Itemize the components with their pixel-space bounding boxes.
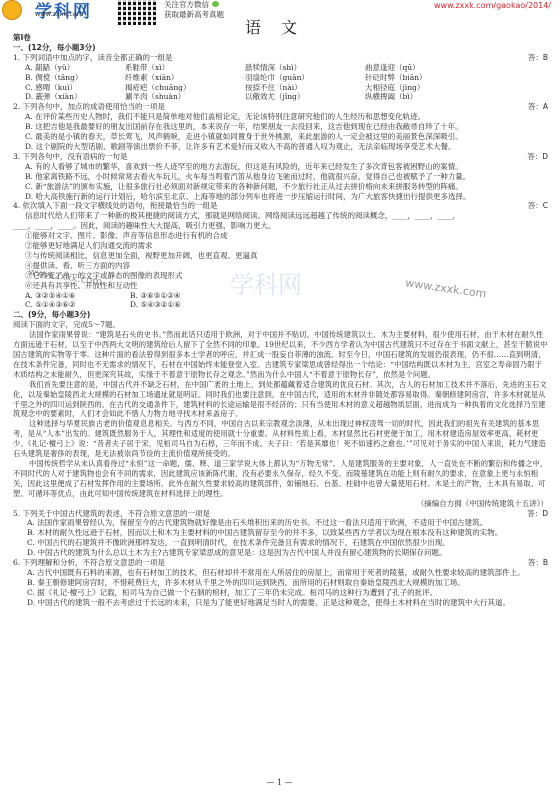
q6-option-b: B. 秦王朝修建阿房宫时，不惜耗费巨大，许多木材从千里之外的四川运到陕西，而所用… — [13, 578, 548, 588]
q2-option-c: C. 最美的是小镇的春天，草长莺飞，风声鹤唳，走进小镇就如同置身于世外桃源，来此… — [13, 132, 548, 142]
q4-choice-c: C. ⑤①④③⑥② — [25, 300, 130, 310]
q1-answer: 答：B — [528, 53, 548, 63]
q4-choice-b: B. ③⑥⑤①②④ — [130, 291, 181, 301]
q4-item: ②能够更好地满足人们沟通交流的需求 — [13, 241, 548, 251]
q1-option-c: C. 感喟（kuì） 揭疮疤（chuāng） 按捺不住（nài） 大相径庭（jì… — [13, 83, 548, 93]
option-text: 大相径庭（jìng） — [365, 83, 424, 93]
question-1: 1. 下列词语中加点的字，读音全都正确的一组是 答：B — [13, 53, 548, 63]
mascot-icon — [2, 0, 22, 20]
page-header: 学科网 www.zxxk.com 关注官方微信 获取最新高考真题 www.zxx… — [0, 0, 559, 30]
q1-stem: 1. 下列词语中加点的字，读音全都正确的一组是 — [13, 53, 173, 62]
q2-option-d: D. 这个剧院的大型话剧、歌剧等演出票价不菲，让许多有艺术爱好而又收入不高的普通… — [13, 142, 548, 152]
passage-source: （摘编自方拥《中国传统建筑十五讲》） — [13, 499, 548, 509]
passage-paragraph: 我们首先要注意的是，中国古代并不缺乏石材，在中国广袤的土地上，到处都蕴藏着适合建… — [13, 380, 548, 420]
q2-option-a: A. 在评价某些历史人物时，我们不能只是简单地对他们盖棺论定，无论该特别注意研究… — [13, 112, 548, 122]
option-text: 涮羊肉（shuàn） — [125, 92, 245, 102]
q5-option-c: C. 中国古代的石建筑并不像欧洲那样发达，一直到明清时代，在技术条件完备且有需求… — [13, 538, 548, 548]
logo-url: www.zxxk.com — [35, 10, 83, 18]
passage-paragraph: 中国传统哲学从未认真看待过“永恒”这一命题，儒、释、道三家学说大体上都认为“万物… — [13, 459, 548, 499]
q1-option-a: A. 龃龉（yǔ） 系鞋带（xì） 舐犊情深（shì） 曲意逢迎（qū） — [13, 63, 548, 73]
option-text: 揭疮疤（chuāng） — [125, 83, 245, 93]
q6-option-d: D. 中国古代的建筑一般不去考虑过于长远的未来，只是为了能更好地满足当时人的需要… — [13, 598, 548, 608]
q3-option-a: A. 有的人看够了城市的繁华，喜欢到一些人迹罕至的地方去游玩，但这是有风险的，近… — [13, 162, 548, 172]
q2-answer: 答：A — [528, 102, 548, 112]
q3-stem: 3. 下列各句中，没有语病的一句是 — [13, 152, 128, 161]
q6-answer: 答：B — [528, 558, 548, 568]
question-6: 6. 下列理解和分析，不符合原文意思的一项是 答：B — [13, 558, 548, 568]
q5-answer: 答：D — [527, 509, 548, 519]
q4-choices-row2: C. ⑤①④③⑥② D. ⑤④③②①⑥ — [13, 300, 548, 310]
qr-code-icon — [118, 0, 158, 25]
option-text: 以儆效尤（jǐng） — [245, 92, 365, 102]
q4-choice-a: A. ③②⑤④①⑥ — [25, 291, 130, 301]
q4-passage-line2: ____，____，____。因此，阅读的趣味性大大提高，吸引力更强，影响力更大… — [13, 221, 548, 231]
q5-stem: 5. 下列关于中国古代建筑的表述，不符合原文意思的一项是 — [13, 509, 210, 518]
option-text: B. 倜傥（tǎng） — [25, 73, 125, 83]
zxxk-logo[interactable]: 学科网 www.zxxk.com — [2, 0, 112, 22]
q6-stem: 6. 下列理解和分析，不符合原文意思的一项是 — [13, 558, 165, 567]
option-text: 按捺不住（nài） — [245, 83, 365, 93]
q2-option-b: B. 这把吉他是我最要好的朋友出国前存在我这里的，本来说存一年，结果朋友一去没回… — [13, 122, 548, 132]
q5-option-b: B. 木材的耐久性远逊于石材，因而以土和木为主要材料的中国古建筑留存至今的并不多… — [13, 528, 548, 538]
q6-option-c: C. 据《礼记·檀弓上》记载，桓司马为自己做一个石制的棺材，加工了三年仍未完成。… — [13, 588, 548, 598]
q3-option-b: B. 他家离铁路不远，小时候常常去看火车玩儿，火车每当鸣着汽笛从他身边飞驰而过时… — [13, 172, 548, 182]
option-text: 曲意逢迎（qū） — [365, 63, 420, 73]
q5-option-d: D. 中国古代的建筑为什么总以土木为主?古建筑专家梁思成的意见是：这是因为古代中… — [13, 548, 548, 558]
q2-stem: 2. 下列各句中，加点的成语使用恰当的一项是 — [13, 102, 165, 111]
q4-choice-d: D. ⑤④③②①⑥ — [130, 300, 181, 310]
question-3: 3. 下列各句中，没有语病的一句是 答：D — [13, 152, 548, 162]
option-text: 纵横捭阖（bì） — [365, 92, 417, 102]
option-text: 舐犊情深（shì） — [245, 63, 365, 73]
exam-page: 学科网 www.zxxk.com 关注官方微信 获取最新高考真题 www.zxx… — [0, 0, 559, 796]
page-number: — 1 — — [0, 778, 559, 787]
section1-heading: 一、(12分，每小题3分) — [13, 43, 548, 53]
section2-instruction: 阅读下面的文字，完成5～7题。 — [13, 320, 548, 330]
volume-label: 第Ⅰ卷 — [13, 33, 548, 43]
passage-paragraph: 这种选择与华夏民族古老的价值观息息相关。与西方不同，中国自古以来宗教观念淡薄，从… — [13, 419, 548, 459]
q4-answer: 答：C — [528, 201, 548, 211]
site-url-link[interactable]: www.zxxk.com/gaokao/2014/ — [434, 1, 551, 10]
option-text: 针砭时弊（biān） — [365, 73, 427, 83]
exam-content: 第Ⅰ卷 一、(12分，每小题3分) 1. 下列词语中加点的字，读音全都正确的一组… — [13, 33, 548, 608]
q4-passage-line1: 信息时代给人们带来了一种新的极其便捷的阅读方式，那就是网络阅读。网络阅读远远超越… — [13, 211, 548, 221]
section2-heading: 二、(9分，每小题3分) — [13, 310, 548, 320]
wechat-promo: 关注官方微信 获取最新高考真题 — [164, 0, 224, 20]
watermark: 学科网 — [230, 265, 302, 300]
q3-answer: 答：D — [527, 152, 548, 162]
q1-option-b: B. 倜傥（tǎng） 纤维素（xiān） 羽扇纶巾（guān） 针砭时弊（bi… — [13, 73, 548, 83]
question-4: 4. 依次填入下面一段文字横线处的语句，衔接最恰当的一组是 答：C — [13, 201, 548, 211]
q6-option-a: A. 古代中国既有石料的来源，也有石材加工的技术，但石材却并不常用在人所居住的房… — [13, 568, 548, 578]
wechat-line2: 获取最新高考真题 — [164, 10, 224, 20]
q4-stem: 4. 依次填入下面一段文字横线处的语句，衔接最恰当的一组是 — [13, 201, 218, 210]
question-5: 5. 下列关于中国古代建筑的表述，不符合原文意思的一项是 答：D — [13, 509, 548, 519]
wechat-icon — [212, 1, 219, 7]
question-2: 2. 下列各句中，加点的成语使用恰当的一项是 答：A — [13, 102, 548, 112]
q4-item: ③与传统阅读相比，信息更加全面，视野更加开阔，也更直观、更逼真 — [13, 251, 548, 261]
wechat-line1: 关注官方微信 — [164, 0, 209, 9]
option-text: D. 霰弹（xiàn） — [25, 92, 125, 102]
q5-option-a: A. 法国作家雨果曾经认为，保留至今的古代建筑物就好像是由石头堆积出来的历史书。… — [13, 518, 548, 528]
option-text: 羽扇纶巾（guān） — [245, 73, 365, 83]
q3-option-d: D. 哈大高铁施行新的运行计划后，哈尔滨至北京、上海等地的部分列车也将进一步压缩… — [13, 192, 548, 202]
option-text: C. 感喟（kuì） — [25, 83, 125, 93]
q1-option-d: D. 霰弹（xiàn） 涮羊肉（shuàn） 以儆效尤（jǐng） 纵横捭阖（b… — [13, 92, 548, 102]
q4-item: ①能够对文字、图片、影像、声音等信息形态进行有机的合成 — [13, 231, 548, 241]
option-text: 纤维素（xiān） — [125, 73, 245, 83]
option-text: 系鞋带（xì） — [125, 63, 245, 73]
passage-paragraph: 法国作家雨果曾说：“建筑是石头的史书。”然而此话只适用于欧洲，对于中国并不贴切。… — [13, 330, 548, 380]
option-text: A. 龃龉（yǔ） — [25, 63, 125, 73]
q3-option-c: C. 新“旅游法”的颁布实施，让很多旅行社必须面对新规定带来的各种新问题，不少旅… — [13, 182, 548, 192]
